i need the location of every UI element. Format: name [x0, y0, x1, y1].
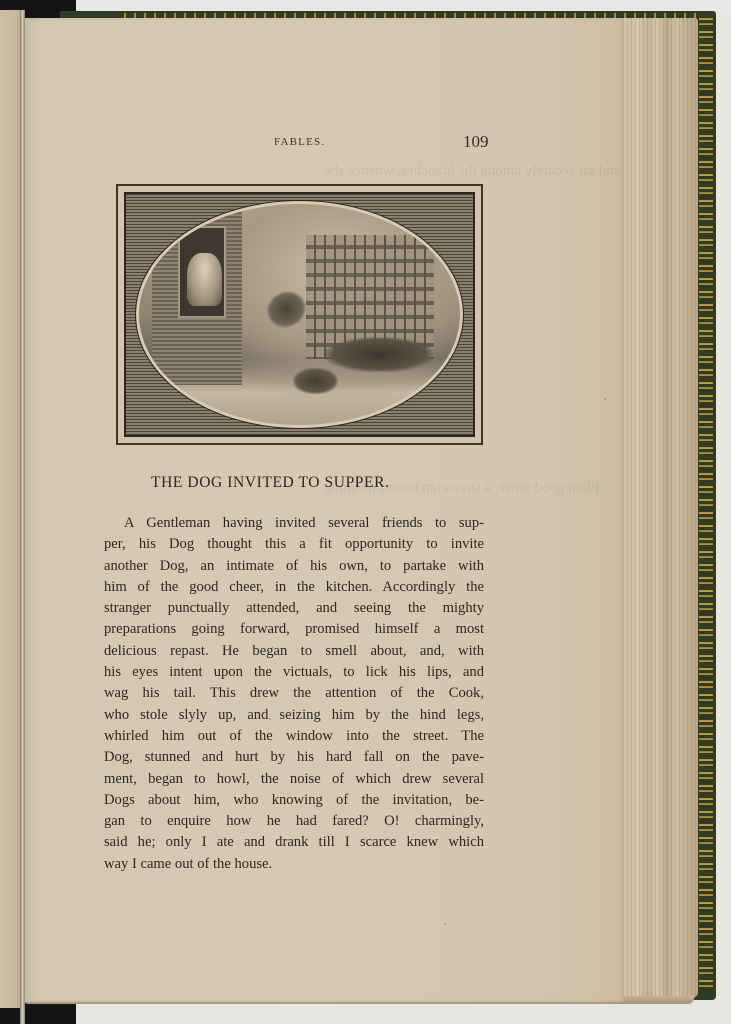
gilt-tooling-right: [699, 15, 713, 992]
page-block-fore-edge: [620, 18, 698, 998]
book-gutter: [20, 10, 25, 1024]
engraving-illustration: [116, 184, 483, 445]
text-line: who stole slyly up, and seizing him by t…: [104, 705, 484, 726]
paper-speck: [604, 398, 606, 400]
thrown-dog-icon: [262, 286, 312, 334]
dog-pack-icon: [325, 337, 434, 372]
fable-title: THE DOG INVITED TO SUPPER.: [151, 474, 390, 492]
running-head: FABLES.: [274, 136, 325, 148]
text-line: another Dog, an intimate of his own, to …: [104, 556, 484, 577]
text-line: delicious repast. He began to smell abou…: [104, 641, 484, 662]
text-line: per, his Dog thought this a fit opportun…: [104, 534, 484, 555]
engraving-oval-scene: [136, 201, 463, 428]
text-line: whirled him out of the window into the s…: [104, 726, 484, 747]
text-line: A Gentleman having invited several frien…: [104, 513, 484, 534]
bleed-through-text: and sat securely among the branches, whe…: [324, 163, 621, 180]
text-line: wag his tail. This drew the attention of…: [104, 683, 484, 704]
facing-page-edge: [0, 10, 22, 1008]
text-line: his eyes intent upon the victuals, to li…: [104, 662, 484, 683]
text-line: him of the good cheer, in the kitchen. A…: [104, 577, 484, 598]
text-line: ment, began to howl, the noise of which …: [104, 769, 484, 790]
text-line: stranger punctually attended, and seeing…: [104, 598, 484, 619]
text-line: preparations going forward, promised him…: [104, 619, 484, 640]
page-number: 109: [463, 132, 489, 152]
fable-text: A Gentleman having invited several frien…: [104, 513, 484, 875]
paper-speck: [444, 923, 446, 925]
cook-figure-icon: [187, 253, 222, 306]
text-line: Dogs about him, who knowing of the invit…: [104, 790, 484, 811]
text-line: Dog, stunned and hurt by his hard fall o…: [104, 747, 484, 768]
dog-foreground-icon: [293, 368, 338, 395]
text-line: said he; only I ate and drank till I sca…: [104, 832, 484, 853]
engraving-hatched-border: [124, 192, 475, 437]
text-line: gan to enquire how he had fared? O! char…: [104, 811, 484, 832]
text-line: way I came out of the house.: [104, 854, 484, 875]
